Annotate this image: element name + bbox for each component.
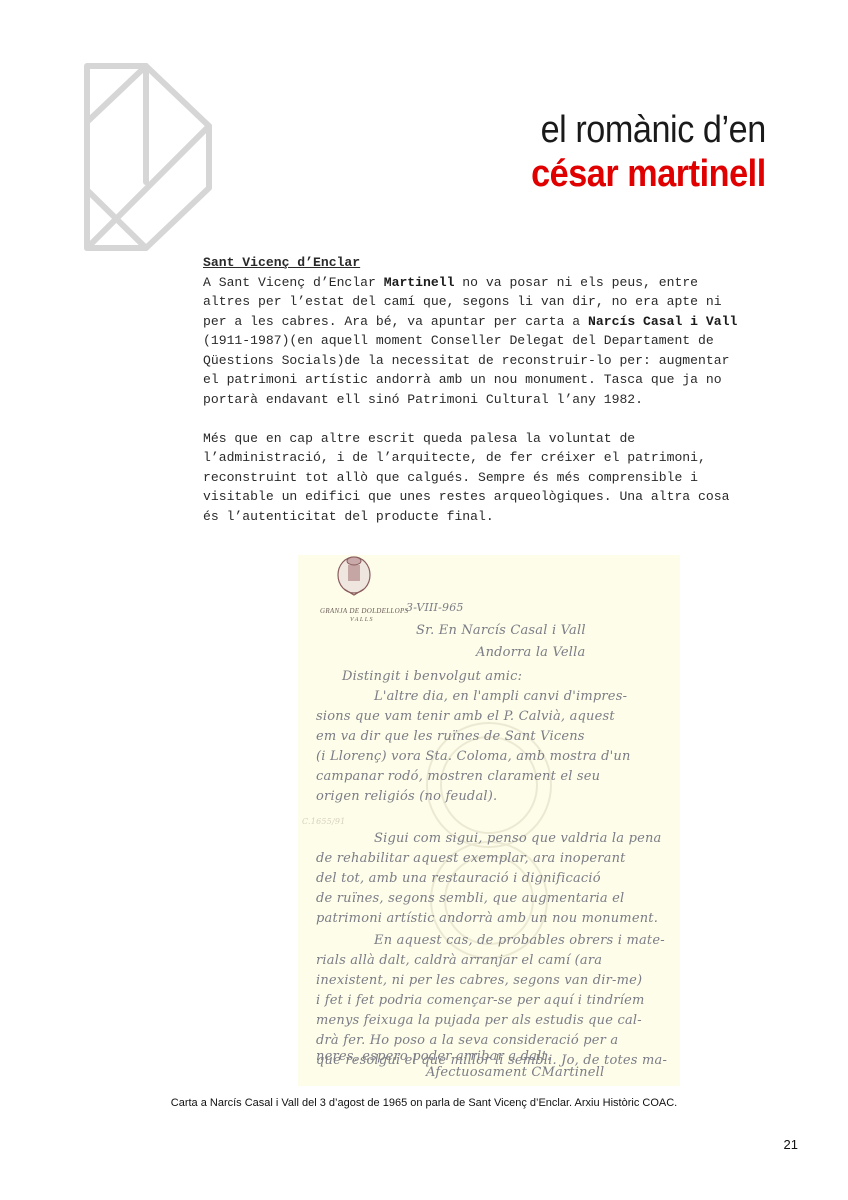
handwritten-line: Sr. En Narcís Casal i Vall: [416, 623, 586, 638]
handwritten-line: neres, espero poder arribar a dalt.: [316, 1049, 551, 1064]
page-number: 21: [784, 1137, 798, 1152]
handwritten-line: Distingit i benvolgut amic:: [342, 669, 522, 684]
handwritten-line: em va dir que les ruïnes de Sant Vicens: [316, 729, 585, 744]
geometric-outline-logo-icon: [82, 60, 214, 252]
handwritten-line: Afectuosament CMartinell: [426, 1065, 604, 1080]
handwritten-line: Sigui com sigui, penso que valdria la pe…: [374, 831, 662, 846]
section-heading: Sant Vicenç d’Enclar: [203, 253, 803, 273]
handwritten-line: origen religiós (no feudal).: [316, 789, 497, 804]
handwritten-line: inexistent, ni per les cabres, segons va…: [316, 973, 642, 988]
bold-name: Martinell: [384, 275, 455, 290]
handwritten-line: patrimoni artístic andorrà amb un nou mo…: [316, 911, 658, 926]
handwritten-letter-image: GRANJA DE DOLDELLOPS VALLS 3-VIII-965 C.…: [298, 555, 680, 1086]
handwritten-line: sions que vam tenir amb el P. Calvià, aq…: [316, 709, 615, 724]
letterhead-city: VALLS: [350, 617, 374, 623]
text-run: (1911-1987)(en aquell moment Conseller D…: [203, 333, 729, 407]
title-line-1: el romànic d’en: [531, 108, 766, 152]
handwritten-line: menys feixuga la pujada per als estudis …: [316, 1013, 642, 1028]
handwritten-line: rials allà dalt, caldrà arranjar el camí…: [316, 953, 602, 968]
handwritten-line: de rehabilitar aquest exemplar, ara inop…: [316, 851, 626, 866]
text-run: A Sant Vicenç d’Enclar: [203, 275, 384, 290]
bold-name: Narcís Casal i Vall: [588, 314, 737, 329]
handwritten-line: del tot, amb una restauració i dignifica…: [316, 871, 601, 886]
letter-date: 3-VIII-965: [406, 601, 464, 614]
title-line-2-author: césar martinell: [531, 152, 766, 196]
text-run: Més que en cap altre escrit queda palesa…: [203, 431, 729, 524]
handwritten-line: (i Llorenç) vora Sta. Coloma, amb mostra…: [316, 749, 631, 764]
letterhead-name: GRANJA DE DOLDELLOPS: [320, 607, 408, 615]
publication-title: el romànic d’en césar martinell: [505, 108, 766, 196]
paragraph-2: Més que en cap altre escrit queda palesa…: [203, 429, 803, 527]
article-body: Sant Vicenç d’Enclar A Sant Vicenç d’Enc…: [203, 253, 803, 526]
handwritten-line: i fet i fet podria començar-se per aquí …: [316, 993, 645, 1008]
coat-of-arms-icon: [338, 557, 370, 595]
archive-margin-note: C.1655/91: [302, 817, 345, 826]
figure-caption: Carta a Narcís Casal i Vall del 3 d’agos…: [0, 1097, 848, 1109]
handwritten-line: Andorra la Vella: [476, 645, 585, 660]
handwritten-line: campanar rodó, mostren clarament el seu: [316, 769, 600, 784]
handwritten-line: de ruïnes, segons sembli, que augmentari…: [316, 891, 624, 906]
handwritten-line: En aquest cas, de probables obrers i mat…: [374, 933, 665, 948]
paragraph-1: A Sant Vicenç d’Enclar Martinell no va p…: [203, 273, 803, 410]
handwritten-line: drà fer. Ho poso a la seva consideració …: [316, 1033, 618, 1048]
handwritten-line: L'altre dia, en l'ampli canvi d'impres-: [374, 689, 627, 704]
